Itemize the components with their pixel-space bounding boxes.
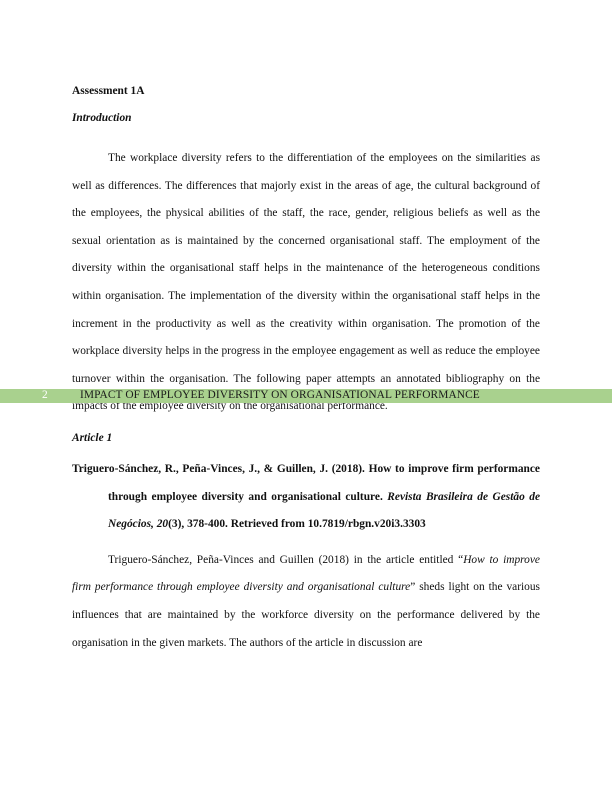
citation-entry: Triguero-Sánchez, R., Peña-Vinces, J., &…	[72, 456, 540, 539]
section-title: Assessment 1A	[72, 82, 540, 100]
citation-issue-pages: (3), 378-400. Retrieved from 10.7819/rbg…	[168, 518, 426, 530]
document-page: Assessment 1A Introduction The workplace…	[0, 0, 612, 792]
article-1-paragraph: Triguero-Sánchez, Peña-Vinces and Guille…	[72, 547, 540, 657]
article-1-heading: Article 1	[72, 429, 540, 456]
intro-heading: Introduction	[72, 109, 540, 127]
page-number: 2	[42, 388, 48, 402]
page-body: Assessment 1A Introduction The workplace…	[72, 82, 540, 657]
running-header-title: IMPACT OF EMPLOYEE DIVERSITY ON ORGANISA…	[80, 388, 480, 402]
intro-paragraph: The workplace diversity refers to the di…	[72, 145, 540, 421]
article-1-lead: Triguero-Sánchez, Peña-Vinces and Guille…	[108, 554, 463, 566]
